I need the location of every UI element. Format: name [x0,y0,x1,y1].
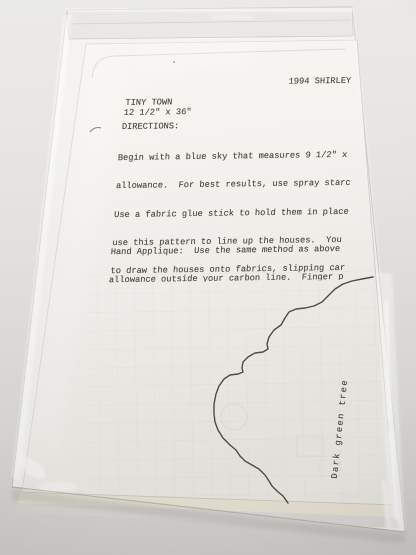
photo-background: 1994 SHIRLEY TINY TOWN 12 1/2" x 36" DIR… [0,0,416,555]
tree-outline-curve [214,277,373,503]
bag-bottom-edge-line [12,487,405,532]
zip-flap-crinkle [210,14,254,20]
overlay-layer [0,0,416,555]
zip-flap-highlight [66,8,353,12]
bag-right-edge-highlight [352,8,380,276]
bag-corner-crinkle [38,482,78,492]
bag-bottom-shadow [12,489,405,544]
bag-sheen-top [135,36,260,72]
